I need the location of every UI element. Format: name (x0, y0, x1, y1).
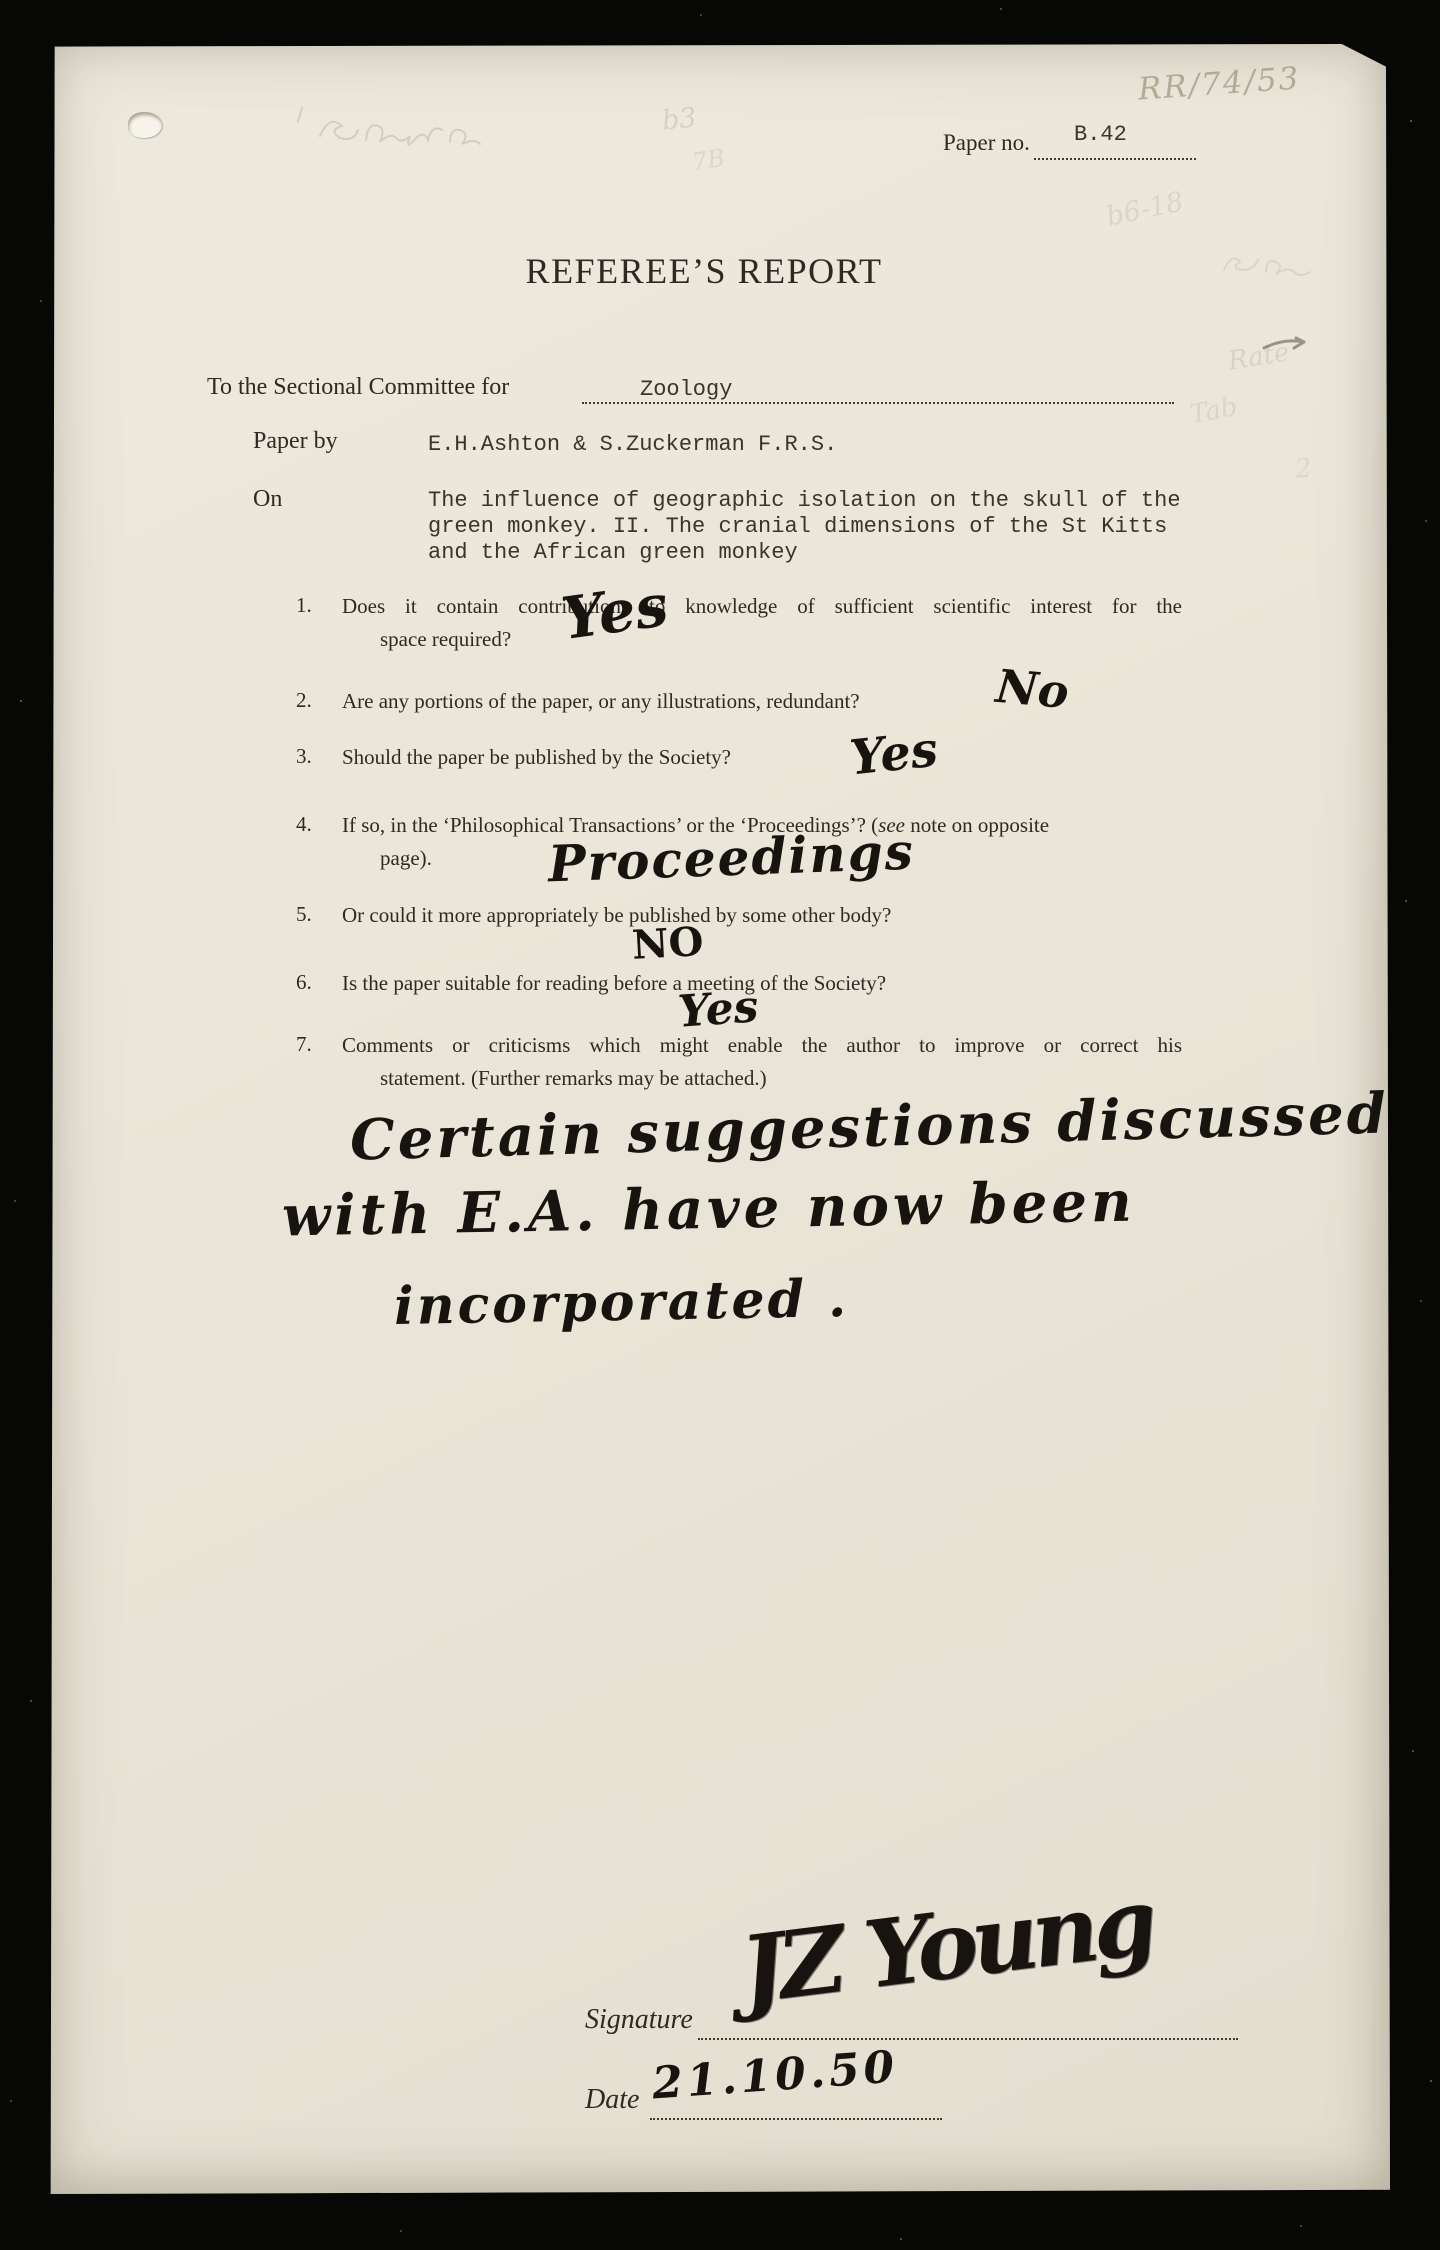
answer-5-handwritten: NO (631, 918, 705, 969)
pencil-archive-reference: RR/74/53 (1137, 60, 1302, 107)
background-specks (0, 0, 2, 2)
answer-3-handwritten: Yes (847, 722, 940, 787)
question-1-number: 1. (296, 593, 312, 618)
question-7-text-line2: statement. (Further remarks may be attac… (380, 1065, 767, 1091)
question-1-text: Does it contain contributions to knowled… (342, 593, 1182, 619)
answer-4-handwritten: Proceedings (547, 822, 916, 894)
report-page: b3 7B RR/74/53 Paper no. B.42 REFEREE’S … (50, 44, 1390, 2194)
question-1-text-line2: space required? (380, 626, 511, 652)
question-6-text: Is the paper suitable for reading before… (342, 970, 886, 996)
answer-1-handwritten: Yes (558, 571, 672, 653)
subject-line-2: green monkey. II. The cranial dimensions… (428, 514, 1167, 539)
faint-pencil-scrawl (290, 94, 580, 169)
paper-hole-blemish (128, 112, 162, 138)
date-label: Date (585, 2084, 639, 2116)
question-7-text: Comments or criticisms which might enabl… (342, 1032, 1182, 1058)
answer-6-handwritten: Yes (676, 981, 760, 1037)
pencil-note-7b: 7B (690, 144, 727, 177)
subject-line-3: and the African green monkey (428, 540, 798, 565)
faint-pencil-scrawl-right (1218, 240, 1328, 285)
pencil-note-right-3: Tab (1188, 392, 1240, 431)
pencil-tick-mark (1260, 332, 1320, 356)
comments-handwritten-line3: incorporated . (394, 1268, 850, 1337)
paper-no-label: Paper no. (943, 130, 1030, 156)
question-3-text: Should the paper be published by the Soc… (342, 744, 731, 770)
page-title: REFEREE’S REPORT (526, 250, 883, 292)
signature-label: Signature (585, 2004, 693, 2036)
paper-by-label: Paper by (253, 428, 338, 455)
question-4-number: 4. (296, 812, 312, 837)
question-5-text: Or could it more appropriately be publis… (342, 902, 891, 928)
question-5-number: 5. (296, 902, 312, 927)
question-4-text-post: note on opposite (905, 813, 1049, 837)
answer-2-handwritten: No (994, 659, 1071, 719)
comments-handwritten-line1: Certain suggestions discussed (349, 1080, 1389, 1173)
paper-by-value: E.H.Ashton & S.Zuckerman F.R.S. (428, 432, 837, 457)
subject-label: On (253, 486, 282, 513)
question-2-number: 2. (296, 688, 312, 713)
committee-label: To the Sectional Committee for (207, 374, 509, 401)
comments-handwritten-line2: with E.A. have now been (281, 1169, 1136, 1250)
pencil-note-right-4: 2 (1294, 453, 1313, 484)
question-6-number: 6. (296, 970, 312, 995)
committee-value: Zoology (640, 377, 732, 402)
pencil-note-b3: b3 (660, 102, 698, 136)
paper-no-value: B.42 (1074, 122, 1127, 147)
pencil-note-right-1: b6-18 (1104, 186, 1187, 233)
question-7-number: 7. (296, 1032, 312, 1057)
subject-line-1: The influence of geographic isolation on… (428, 488, 1181, 513)
question-2-text: Are any portions of the paper, or any il… (342, 688, 860, 714)
question-4-text-line2: page). (380, 845, 432, 871)
question-3-number: 3. (296, 744, 312, 769)
